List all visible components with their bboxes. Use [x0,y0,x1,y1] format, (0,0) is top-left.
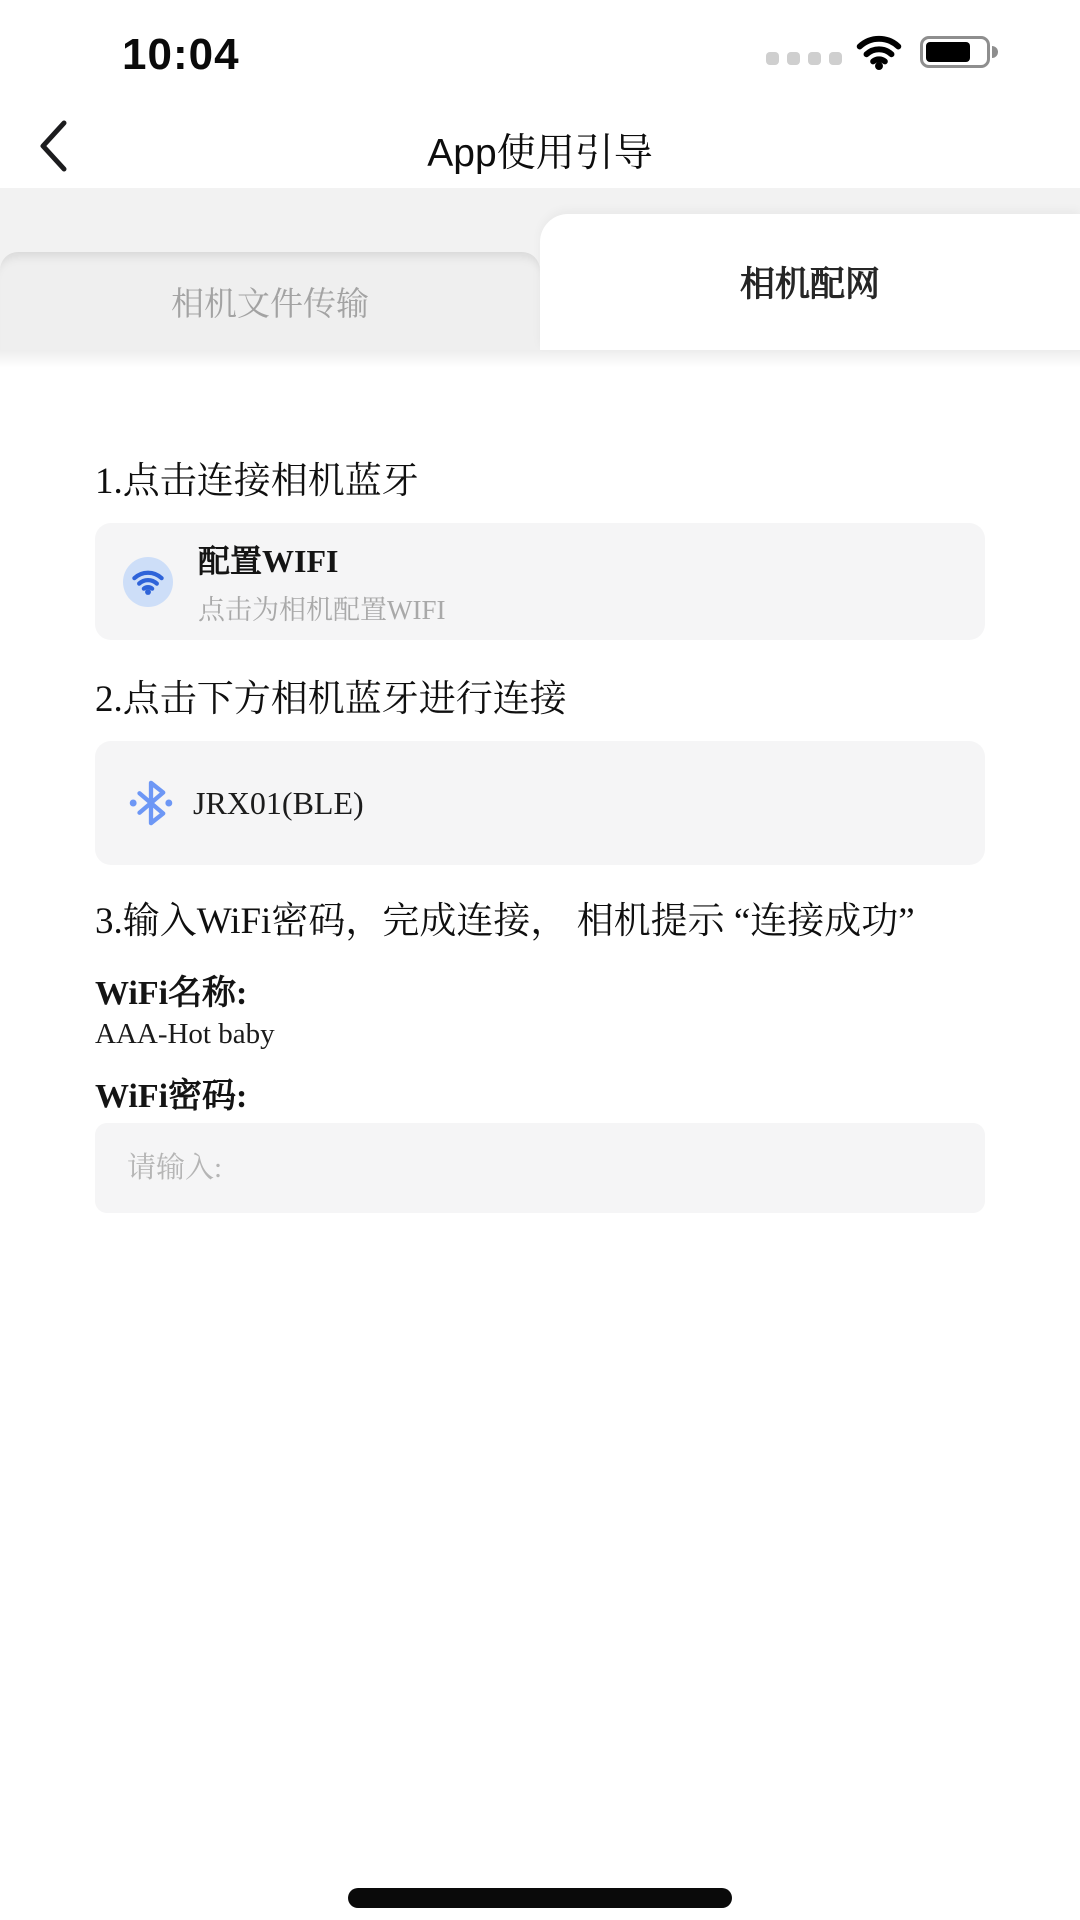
cellular-signal-dots-icon [766,52,842,65]
configure-wifi-title: 配置WIFI [198,536,445,582]
step3-title: 3.输入WiFi密码，完成连接， 相机提示 “连接成功” [95,890,915,944]
configure-wifi-subtitle: 点击为相机配置WIFI [198,588,445,627]
bluetooth-device-card[interactable]: JRX01(BLE) [95,741,985,865]
tab-label: 相机文件传输 [171,278,369,325]
bluetooth-icon [125,780,177,826]
wifi-name-value: AAA-Hot baby [95,1018,275,1051]
tab-camera-file-transfer[interactable]: 相机文件传输 [0,252,540,350]
tab-camera-network-config[interactable]: 相机配网 [540,214,1080,350]
battery-icon [920,36,998,68]
step2-title: 2.点击下方相机蓝牙进行连接 [95,668,567,722]
wifi-icon [132,569,164,595]
tab-bar-shadow [0,350,1080,368]
home-indicator[interactable] [348,1888,732,1908]
wifi-icon-bubble [123,557,173,607]
wifi-password-label: WiFi密码: [95,1068,247,1117]
bluetooth-device-name: JRX01(BLE) [193,785,364,822]
step1-title: 1.点击连接相机蓝牙 [95,450,419,504]
status-icons [766,30,998,74]
app-usage-guide-screen: 10:04 App使用引导 相机文件传输 [0,0,1080,1920]
tab-label: 相机配网 [740,257,880,307]
wifi-name-label: WiFi名称: [95,965,247,1014]
wifi-status-icon [856,34,902,70]
status-time: 10:04 [122,30,240,80]
wifi-password-input[interactable] [95,1123,985,1213]
configure-wifi-card[interactable]: 配置WIFI 点击为相机配置WIFI [95,523,985,640]
tab-bar: 相机文件传输 相机配网 [0,188,1080,350]
page-title: App使用引导 [0,122,1080,178]
